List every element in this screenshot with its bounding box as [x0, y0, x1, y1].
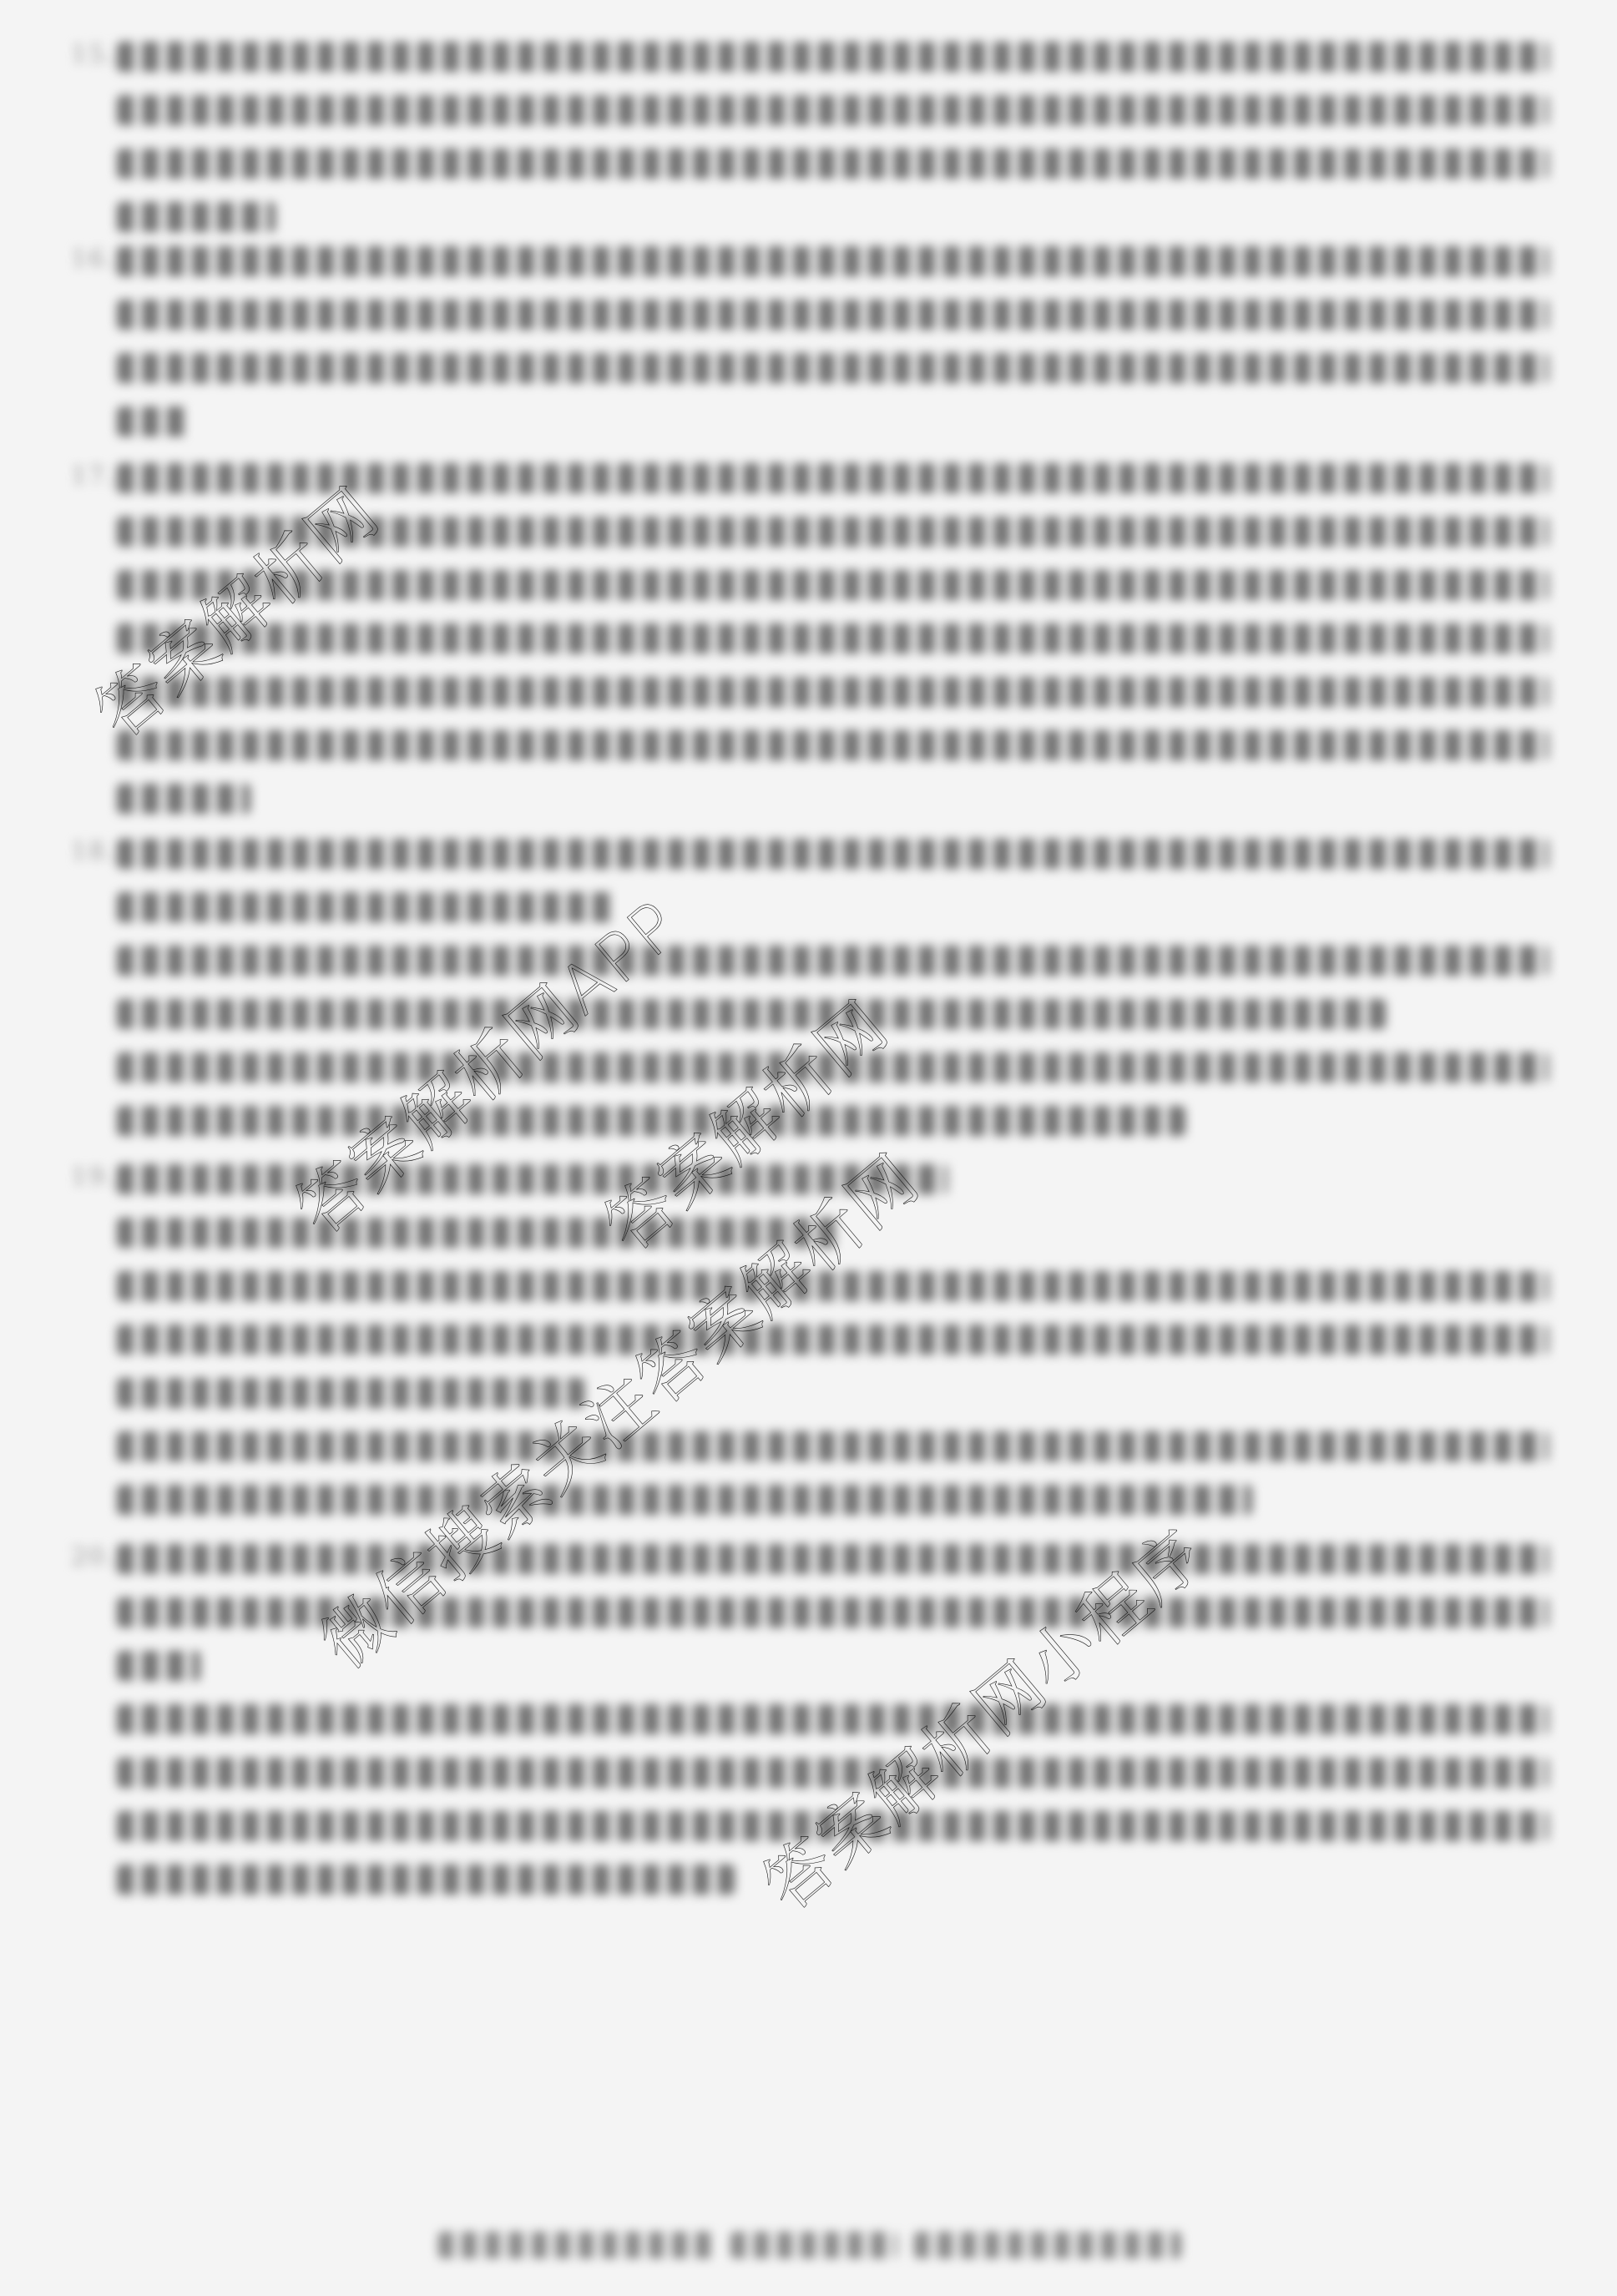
document-page: 15.16.17.18.19.20. 答案解析网答案解析网APP答案解析网微信搜…	[0, 0, 1617, 2296]
answer-line	[71, 722, 1549, 769]
blurred-text	[117, 1325, 1549, 1355]
answer-line	[71, 669, 1549, 715]
blurred-text	[117, 784, 250, 814]
answer-line	[71, 1476, 1549, 1523]
blurred-text	[117, 406, 192, 436]
answer-line: 20.	[71, 1536, 1549, 1582]
blurred-text	[117, 1431, 1549, 1461]
question-number: 17.	[71, 462, 116, 491]
blurred-text	[117, 677, 1549, 707]
answer-line	[71, 1370, 1549, 1416]
blurred-text	[117, 730, 1549, 760]
answer-line	[71, 291, 1549, 338]
question-number: 15.	[71, 40, 116, 69]
answer-line	[71, 884, 1549, 931]
blurred-text	[117, 1865, 735, 1895]
answer-line: 18.	[71, 830, 1549, 877]
question-number: 16.	[71, 245, 116, 274]
answer-line	[71, 615, 1549, 662]
blurred-text	[117, 1378, 584, 1408]
answer-line	[71, 1749, 1549, 1796]
footer-text-segment	[730, 2232, 897, 2258]
blurred-text	[117, 623, 1549, 653]
answer-line	[71, 1589, 1549, 1636]
answer-line	[71, 87, 1549, 134]
footer-text-segment	[914, 2232, 1181, 2258]
blurred-text	[117, 1544, 1549, 1574]
blurred-text	[117, 95, 1549, 125]
blurred-text	[117, 1485, 1252, 1515]
blurred-text	[117, 892, 618, 922]
answer-line	[71, 140, 1549, 187]
blurred-text	[117, 202, 275, 232]
footer-text-segment	[438, 2232, 714, 2258]
blurred-text	[117, 839, 1549, 869]
answer-line: 15.	[71, 33, 1549, 80]
answer-line	[71, 1423, 1549, 1470]
blurred-text	[117, 300, 1549, 330]
answer-item: 16.	[71, 238, 1549, 452]
blurred-text	[117, 1704, 1549, 1734]
blurred-text	[117, 42, 1549, 72]
blurred-text	[117, 1651, 200, 1681]
blurred-text	[117, 1106, 1185, 1136]
answer-line	[71, 1696, 1549, 1743]
answer-line	[71, 937, 1549, 984]
answer-line: 16.	[71, 238, 1549, 285]
question-number: 20.	[71, 1542, 116, 1572]
page-footer: 【高三3月大联考·政治参考答案 第2页(共2页)】	[438, 2228, 1181, 2262]
answer-item: 15.	[71, 33, 1549, 247]
question-number: 19.	[71, 1163, 116, 1192]
answer-line	[71, 1643, 1549, 1689]
answer-line	[71, 345, 1549, 391]
blurred-text	[117, 946, 1549, 976]
answer-line	[71, 775, 1549, 822]
answer-line	[71, 1316, 1549, 1363]
answer-line	[71, 194, 1549, 240]
blurred-text	[117, 999, 1386, 1029]
blurred-text	[117, 353, 1549, 383]
blurred-text	[117, 149, 1549, 179]
question-number: 18.	[71, 837, 116, 866]
answer-line	[71, 398, 1549, 445]
answer-line: 17.	[71, 455, 1549, 502]
blurred-text	[117, 1218, 843, 1248]
blurred-text	[117, 246, 1549, 276]
